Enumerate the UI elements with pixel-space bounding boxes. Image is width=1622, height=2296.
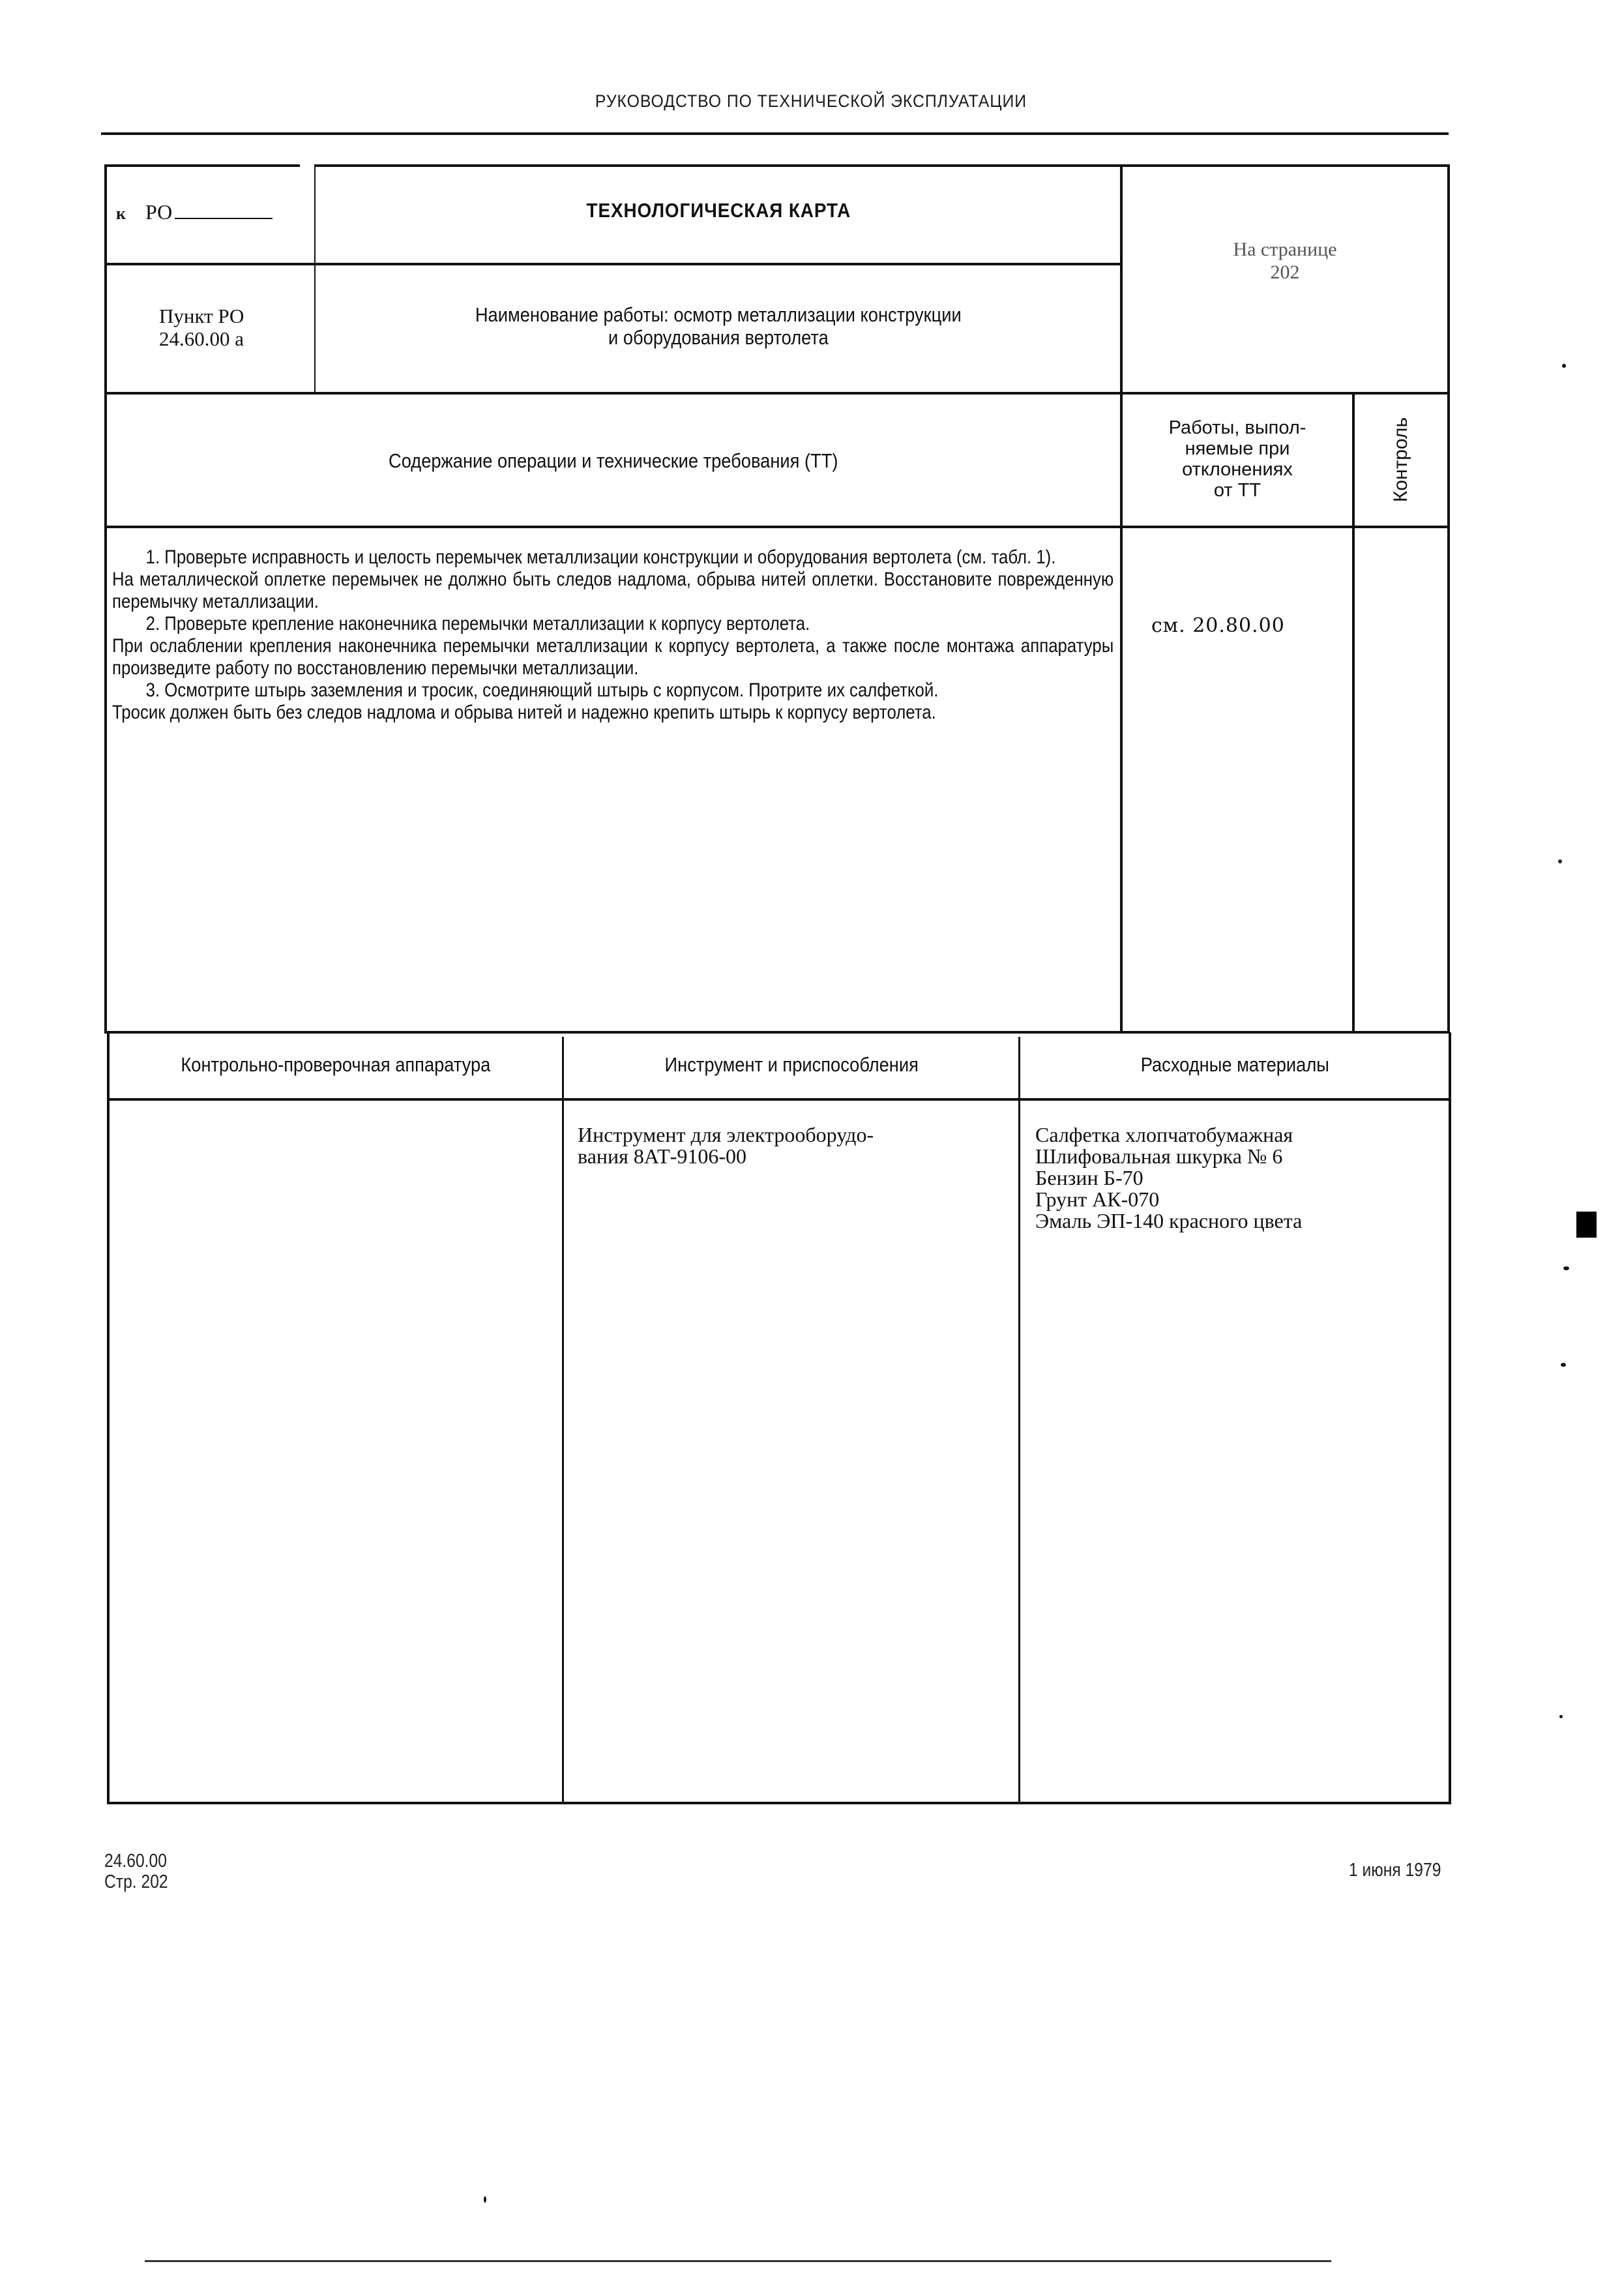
operation-paragraph: Тросик должен быть без следов надлома и … [112,702,1113,724]
footer-date: 1 июня 1979 [1349,1860,1441,1881]
resources-col-divider-2 [1018,1037,1020,1804]
scan-speck [1562,364,1566,368]
resources-left-border [107,1032,110,1804]
tools-list: Инструмент для электрооборудо-вания 8АТ-… [578,1124,1014,1167]
work-name-line1: Наименование работы: осмотр металлизации… [475,304,962,327]
running-header: РУКОВОДСТВО ПО ТЕХНИЧЕСКОЙ ЭКСПЛУАТАЦИИ [65,91,1557,112]
operation-paragraphs: 1. Проверьте исправность и целость перем… [112,546,1113,724]
control-cell [1355,528,1447,1032]
item-block: Пункт РО 24.60.00 а [159,305,244,350]
operation-paragraph: На металлической оплетке перемычек не до… [112,569,1113,613]
tool-item: Инструмент для электрооборудо- [578,1124,1014,1146]
control-header: Контроль [1390,417,1412,501]
resources-col-divider-1 [562,1037,564,1804]
deviations-header-line2: няемые при [1123,438,1352,459]
on-page-number: 202 [1123,261,1447,284]
scan-speck [1559,1715,1563,1718]
item-number: 24.60.00 а [159,328,244,351]
header-block-bottom [104,392,1450,395]
ro-blank-field [175,202,273,219]
card-title-cell: ТЕХНОЛОГИЧЕСКАЯ КАРТА [317,200,1120,222]
material-item: Шлифовальная шкурка № 6 [1035,1146,1446,1167]
on-page-label: На странице [1123,239,1447,261]
material-item: Бензин Б-70 [1035,1167,1446,1189]
scan-speck [1563,1266,1569,1270]
operation-content: 1. Проверьте исправность и целость перем… [112,546,1116,724]
tools-header: Инструмент и приспособления [664,1054,918,1077]
material-item: Салфетка хлопчатобумажная [1035,1124,1446,1146]
content-header: Содержание операции и технические требов… [389,450,838,473]
work-name-line2: и оборудования вертолета [608,327,829,350]
equipment-header: Контрольно-проверочная аппаратура [181,1054,491,1077]
material-item: Эмаль ЭП-140 красного цвета [1035,1210,1446,1232]
tools-header-cell: Инструмент и приспособления [565,1054,1018,1077]
work-name-block: Наименование работы: осмотр металлизации… [317,304,1120,349]
footer-section: 24.60.00 [104,1851,168,1871]
operation-paragraph: 1. Проверьте исправность и целость перем… [112,546,1113,569]
operations-header-bottom [104,526,1450,528]
scan-speck [1561,1363,1566,1367]
scan-speck [484,2196,486,2203]
scan-mark [1576,1212,1597,1238]
card-left-border [104,164,107,1034]
operation-paragraph: 3. Осмотрите штырь заземления и тросик, … [112,679,1113,702]
bottom-scan-line [145,2260,1331,2262]
control-header-cell: Контроль [1355,393,1447,526]
item-label: Пункт РО [159,305,244,328]
materials-header: Расходные материалы [1140,1054,1329,1077]
ro-reference: к РО [116,201,273,224]
resources-right-border [1449,1032,1451,1804]
card-bottom-border [104,1031,1450,1034]
operation-paragraph: 2. Проверьте крепление наконечника перем… [112,613,1113,635]
deviations-header-line4: от ТТ [1123,480,1352,501]
on-page-block: На странице 202 [1123,239,1447,284]
scan-speck [1558,859,1562,863]
card-top-border-right [314,164,1450,167]
resources-header-bottom [107,1098,1451,1101]
card-title: ТЕХНОЛОГИЧЕСКАЯ КАРТА [586,200,851,222]
material-item: Грунт АК-070 [1035,1189,1446,1210]
deviations-header-line3: отклонениях [1123,459,1352,480]
equipment-header-cell: Контрольно-проверочная аппаратура [110,1054,562,1077]
card-col-divider-1 [314,164,316,393]
footer-page: Стр. 202 [104,1871,168,1892]
resources-bottom-border [107,1802,1451,1804]
ro-label: РО [145,200,172,224]
deviation-reference: см. 20.80.00 [1151,615,1285,637]
card-right-border [1447,164,1450,1034]
deviations-header: Работы, выпол- няемые при отклонениях от… [1123,417,1352,501]
footer-left: 24.60.00 Стр. 202 [104,1851,168,1892]
materials-header-cell: Расходные материалы [1021,1054,1449,1077]
card-row-divider [104,263,1121,265]
content-header-cell: Содержание операции и технические требов… [107,450,1120,473]
materials-list: Салфетка хлопчатобумажнаяШлифовальная шк… [1035,1124,1446,1232]
tool-item: вания 8АТ-9106-00 [578,1146,1014,1167]
operation-paragraph: При ослаблении крепления наконечника пер… [112,635,1113,679]
card-col-divider-2 [1120,164,1123,1034]
header-rule [101,132,1449,135]
card-top-border-left [104,164,300,167]
deviations-header-line1: Работы, выпол- [1123,417,1352,438]
ro-prefix: к [116,204,126,223]
